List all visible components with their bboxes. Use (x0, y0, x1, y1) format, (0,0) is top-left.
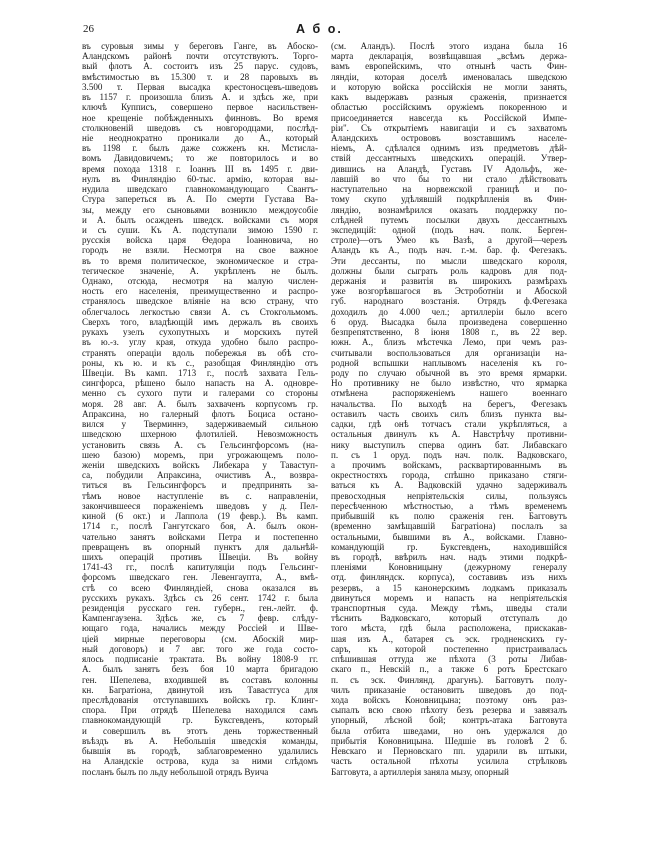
text-line: тегическое значеніе, А. укрѣпленъ не был… (82, 266, 318, 276)
text-line: форсомъ шведскаго ген. Левенгаупта, А., … (82, 572, 318, 582)
text-line: Багговута, а артиллерія заняла мызу, опо… (331, 767, 567, 777)
text-line: посланъ былъ по льду небольшой отрядъ Ву… (82, 767, 318, 777)
text-line: главнокомандующій гр. Буксгевденъ, котор… (82, 715, 318, 725)
text-line: и совершилъ въ этотъ день торжественный (82, 726, 318, 736)
text-line: и А. былъ осажденъ шведск. войсками съ м… (82, 215, 318, 225)
text-line: на Аландскіе острова, куда за ними слѣдо… (82, 756, 318, 766)
text-line: женіи шведскихъ войскъ Либекара у Таваст… (82, 460, 318, 470)
text-line: въ суровыя зимы у береговъ Ганге, въ Або… (82, 41, 318, 51)
text-line: Невскаго и Перновскаго пп. ударили въ шт… (331, 746, 567, 756)
text-line: въ 1157 г. произошла близъ А. и здѣсь же… (82, 92, 318, 102)
text-line: ляндію, вознамѣрился оказать поддержку п… (331, 205, 567, 215)
text-line: ваться къ А. Вадковскій удачно задержива… (331, 480, 567, 490)
text-line: остальныя двинулъ къ А. Навстрѣчу против… (331, 429, 567, 439)
text-line: нику выступилъ сперва одинъ бат. Либавск… (331, 440, 567, 450)
text-line: облегчалось легкостью связи А. съ Стокго… (82, 307, 318, 317)
text-line: странялось шведское вліяніе на всю стран… (82, 296, 318, 306)
text-line: вомъ Давидовичемъ; то же повторилось и в… (82, 153, 318, 163)
text-line: въ ю.-з. углу края, откуда удобно было р… (82, 337, 318, 347)
text-line: стѣ со всею Финляндіей, снова оказался в… (82, 583, 318, 593)
text-line: преслѣдованія отступавшихъ войскъ гр. Кл… (82, 695, 318, 705)
text-line: марта декларація, возвѣщавшая „всѣмъ дер… (331, 51, 567, 61)
text-line: а прочимъ войскамъ, расквартированнымъ в… (331, 460, 567, 470)
left-column: въ суровыя зимы у береговъ Ганге, въ Або… (82, 41, 318, 777)
text-line: безпрепятственно, 8 іюня 1808 г., въ 22 … (331, 327, 567, 337)
text-line: шею базою) моремъ, при угрожающемъ поло- (82, 450, 318, 460)
text-line: доходилъ до 4.000 чел.; артиллеріи было … (331, 307, 567, 317)
text-line: 3.500 т. Первая высадка крестоносцевъ-шв… (82, 82, 318, 92)
text-line: шая изъ А., батарея съ эск. гродненскихъ… (331, 634, 567, 644)
text-line: превращенъ въ опорный пунктъ для дальнѣй… (82, 542, 318, 552)
text-line: превосходныя непріятельскія силы, пользу… (331, 491, 567, 501)
text-line: въ 1198 г. былъ даже сожженъ кн. Мстисла… (82, 143, 318, 153)
text-line: Эти дессанты, по мысли шведскаго короля, (331, 256, 567, 266)
text-line: держанія и развитія въ широкихъ размѣрах… (331, 276, 567, 286)
text-line: шведскою шхерною флотиліей. Невозможност… (82, 429, 318, 439)
text-line: командующій гр. Буксгевденъ, находившійс… (331, 542, 567, 552)
text-line: ген. Шепелева, входившей въ составъ коло… (82, 675, 318, 685)
text-line: прибытія Коновницына. Шедшіе въ головѣ 2… (331, 736, 567, 746)
text-line: нулъ въ Финляндію 60-тыс. армію, которая… (82, 174, 318, 184)
text-line: Сверхъ того, владѣющій имъ держалъ въ св… (82, 317, 318, 327)
text-line: вамъ европейскимъ, что отнынѣ часть Фин- (331, 61, 567, 71)
text-line: вился у Тверминнэ, задерживаемый сильною (82, 419, 318, 429)
text-line: губ. народнаго возстанія. Отрядъ ф.Фегез… (331, 296, 567, 306)
text-line: Кампенгаузена. Здѣсь же, съ 7 февр. слѣд… (82, 613, 318, 623)
text-line: Однако, отсюда, несмотря на малую числен… (82, 276, 318, 286)
text-line: пленіями Коновницыну (дежурному генералу (331, 562, 567, 572)
text-line: считывали воспользоваться для организаці… (331, 348, 567, 358)
text-line: чилъ приказаніе остановить шведовъ до по… (331, 685, 567, 695)
text-line: саръ, къ которой постепенно пристраивала… (331, 644, 567, 654)
page-number: 26 (83, 23, 94, 35)
text-line: садки, гдѣ онѣ тотчасъ стали укрѣпляться… (331, 419, 567, 429)
text-line: чательно занятъ войсками Петра и постепе… (82, 532, 318, 542)
text-line: резервъ, а 15 канонерскимъ лодкамъ прика… (331, 583, 567, 593)
text-line: ляндіи, которая доселѣ именовалась шведс… (331, 72, 567, 82)
text-line: начальства. По выходѣ на берегъ, Фегезак… (331, 399, 567, 409)
text-line: Аландскомъ районѣ почти отсутствуютъ. То… (82, 51, 318, 61)
text-line: 1741-43 гг., послѣ капитуляціи подъ Гель… (82, 562, 318, 572)
text-line: киной (6 окт.) и Лаппола (19 февр.). Въ … (82, 511, 318, 521)
text-line: скаго п., Невскій п., а также 6 ротъ Бре… (331, 664, 567, 674)
text-line: лавшій во что бы то ни стало дѣйствовать (331, 174, 567, 184)
text-line: дившись на Аландѣ, Густавъ IV Адольфъ, ж… (331, 164, 567, 174)
text-line: роду по случаю обычной въ это время ярма… (331, 368, 567, 378)
text-line: прибывшій къ полю сраженія ген. Багговут… (331, 511, 567, 521)
text-line: и которую войска россійскія не могли зан… (331, 82, 567, 92)
text-line: са, побудили Апраксина, очистивъ А., воз… (82, 470, 318, 480)
text-line: (временно замѣщавшій Багратіона) послалъ… (331, 521, 567, 531)
text-line: русскія войска царя Ѳедора Іоанновича, н… (82, 235, 318, 245)
text-line: и съ суши. Къ А. подступали зимою 1590 г… (82, 225, 318, 235)
text-line: установить связь А. съ Гельсингфорсомъ (… (82, 440, 318, 450)
text-line: тому скупо удѣлявшій подкрѣпленія въ Фин… (331, 194, 567, 204)
text-line: ствій дессантныхъ шведскихъ операцій. Ут… (331, 153, 567, 163)
text-line: ный договоръ) и 7 авг. того же года сост… (82, 644, 318, 654)
text-line: роны, къ ю. и къ с., разобщая Финляндію … (82, 358, 318, 368)
text-line: строле)—отъ Умео къ Вазѣ, а другой—через… (331, 235, 567, 245)
text-line: ющаго года, начались между Россіей и Шве… (82, 623, 318, 633)
text-line: 1714 г., послѣ Гангутскаго боя, А. былъ … (82, 521, 318, 531)
text-line: остальными, бывшими въ А., войсками. Гла… (331, 532, 567, 542)
text-line: отд. финляндск. корпуса), составивъ изъ … (331, 572, 567, 582)
text-line: въѣздъ въ А. Небольшія шведскія команды, (82, 736, 318, 746)
text-line: бывшія въ городѣ, заблаговременно удалил… (82, 746, 318, 756)
text-line: слѣдней путемъ посылки двухъ дессантныхъ (331, 215, 567, 225)
text-line: резиденція русскаго ген. губерн., ген.-л… (82, 603, 318, 613)
text-line: Стура запереться въ А. По смерти Густава… (82, 194, 318, 204)
text-line: двинуться моремъ и напасть на непріятель… (331, 593, 567, 603)
text-line: отмѣнена распоряженіемъ нашего военнаго (331, 388, 567, 398)
text-line: русскихъ рукахъ. Здѣсь съ 26 сент. 1742 … (82, 593, 318, 603)
text-line: Аландскихъ острововъ возставшимъ населе- (331, 133, 567, 143)
text-line: наступательно на норвежской границѣ и по… (331, 184, 567, 194)
text-line: ность его населенія, преимущественно и р… (82, 286, 318, 296)
text-line: ріи". Съ открытіемъ навигаціи и съ захва… (331, 123, 567, 133)
text-line: вый флотъ А. состоитъ изъ 25 парус. судо… (82, 61, 318, 71)
right-column: (см. Аландъ). Послѣ этого издана была 16… (331, 41, 567, 777)
running-head: А б о. (296, 22, 343, 36)
text-line: хода войскъ Коновницына; поэтому онъ раз… (331, 695, 567, 705)
text-line: п. съ 1 оруд. подъ нач. полк. Вадковскаг… (331, 450, 567, 460)
text-line: спора. При отрядѣ Шепелева находился сам… (82, 705, 318, 715)
text-line: ное крещеніе побѣжденныхъ финновъ. Во вр… (82, 113, 318, 123)
text-line: оставилъ часть своихъ силъ близъ пункта … (331, 409, 567, 419)
text-line: присоединяется навсегда къ Россійской Им… (331, 113, 567, 123)
text-line: шихъ операцій противъ Швеціи. Въ войну (82, 552, 318, 562)
text-line: сыпалъ всю свою пѣхоту безъ резерва и за… (331, 705, 567, 715)
text-line: областью россійскимъ оружіемъ покоренною… (331, 102, 567, 112)
text-line: спѣшившая оттуда же пѣхота (3 роты Либав… (331, 654, 567, 664)
text-line: Но противнику не было извѣстно, что ярма… (331, 378, 567, 388)
text-line: (см. Аландъ). Послѣ этого издана была 16 (331, 41, 567, 51)
text-line: родной вспышки наплывомъ населенія къ го… (331, 358, 567, 368)
text-line: ніемъ, А. сдѣлался однимъ изъ предметовъ… (331, 143, 567, 153)
text-line: нудила шведскаго главнокомандующаго Сван… (82, 184, 318, 194)
text-line: рукахъ узелъ сухопутныхъ и морскихъ путе… (82, 327, 318, 337)
text-line: титься въ Гельсингфорсъ и предпринять за… (82, 480, 318, 490)
text-line: должны были сыграть роль кадровъ для под… (331, 266, 567, 276)
text-line: 6 оруд. Высадка была произведена соверше… (331, 317, 567, 327)
text-line: тѣмъ новое наступленіе въ с. направленіи… (82, 491, 318, 501)
text-line: кн. Багратіона, двинутой изъ Тавастгуса … (82, 685, 318, 695)
text-line: тѣснить Вадковскаго, который отступалъ д… (331, 613, 567, 623)
text-line: менно съ сухого пути и галерами со сторо… (82, 388, 318, 398)
text-line: была отбита шведами, но онъ удержался до (331, 726, 567, 736)
text-line: городъ не взяли. Несмотря на свое важное (82, 245, 318, 255)
text-line: время похода 1318 г. Іоаннъ III въ 1495 … (82, 164, 318, 174)
text-line: зы, между его сыновьями возникло междоус… (82, 205, 318, 215)
text-line: упорный, лѣсной бой; контръ-атака Баггов… (331, 715, 567, 725)
text-line: А. былъ занятъ безъ боя 10 марта бригадо… (82, 664, 318, 674)
text-line: экспедицій: одной (подъ нач. полк. Берге… (331, 225, 567, 235)
text-line: южн. А., близъ мѣстечка Лемо, при чемъ р… (331, 337, 567, 347)
text-line: транспортныя суда. Между тѣмъ, шведы ста… (331, 603, 567, 613)
text-line: уже возгорѣвшагося въ Эстроботніи и Абос… (331, 286, 567, 296)
text-line: ялось подписаніе трактата. Въ войну 1808… (82, 654, 318, 664)
text-line: въ то время политическое, экономическое … (82, 256, 318, 266)
text-line: окрестностяхъ города, спѣшно приказано с… (331, 470, 567, 480)
text-line: моря. 28 авг. А. былъ захваченъ корпусом… (82, 399, 318, 409)
text-line: ключѣ Купписъ, совершено первое насильст… (82, 102, 318, 112)
text-line: часть остальной пѣхоты усилила стрѣлковъ (331, 756, 567, 766)
text-line: пересѣченною мѣстностью, а тѣмъ временем… (331, 501, 567, 511)
text-line: закончившееся пораженіемъ шведовъ у д. П… (82, 501, 318, 511)
text-line: столкновеній шведовъ съ новгородцами, по… (82, 123, 318, 133)
text-line: ніе неоднократно проникали до А., которы… (82, 133, 318, 143)
text-line: сингфорса, рѣшено было напасть на А. одн… (82, 378, 318, 388)
text-line: Аландъ къ А., подъ нач. г.-м. бар. ф. Фе… (331, 245, 567, 255)
text-line: Швеціи. Въ камп. 1713 г., послѣ захвата … (82, 368, 318, 378)
text-line: ціей мирные переговоры (см. Абоскій мир- (82, 634, 318, 644)
text-line: въ городѣ, ввѣрилъ нач. надъ этими подкр… (331, 552, 567, 562)
text-line: Апраксина, но галерный флотъ Боциса оста… (82, 409, 318, 419)
text-line: странять операціи вдоль побережья въ обѣ… (82, 348, 318, 358)
text-line: п. съ эск. Финлянд. драгунъ). Багговутъ … (331, 675, 567, 685)
text-line: того мѣста, гдѣ была расположена, приска… (331, 623, 567, 633)
text-line: вмѣстимостью въ 15.300 т. и 28 паровыхъ … (82, 72, 318, 82)
text-line: какъ выдержавъ разныя сраженія, признает… (331, 92, 567, 102)
